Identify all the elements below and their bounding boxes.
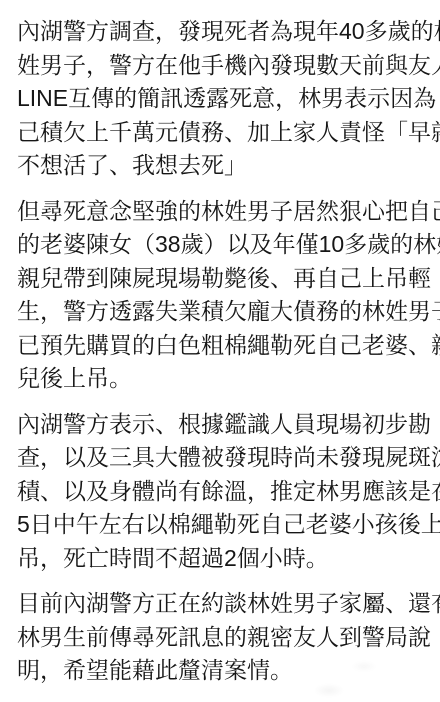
paragraph-ongoing-inquiry: 目前內湖警方正在約談林姓男子家屬、還有林男生前傳尋死訊息的親密友人到警局說明，希… — [17, 587, 426, 688]
article-body: 內湖警方調查，發現死者為現年40多歲的林姓男子，警方在他手機內發現數天前與友人L… — [0, 0, 440, 688]
text-line: 不想活了、我想去死」 — [17, 149, 426, 183]
text-line: 明，希望能藉此釐清案情。 — [17, 654, 426, 688]
text-line: 親兒帶到陳屍現場勒斃後、再自己上吊輕 — [17, 262, 426, 296]
text-line: 內湖警方調查，發現死者為現年40多歲的林 — [17, 15, 426, 49]
paragraph-incident-details: 但尋死意念堅強的林姓男子居然狠心把自己的老婆陳女（38歲）以及年僅10多歲的林姓… — [17, 195, 426, 396]
text-line: 積、以及身體尚有餘溫，推定林男應該是在 — [17, 475, 426, 509]
paragraph-forensic-assessment: 內湖警方表示、根據鑑識人員現場初步勘查，以及三具大體被發現時尚未發現屍斑沉積、以… — [17, 408, 426, 576]
text-line: 查，以及三具大體被發現時尚未發現屍斑沉 — [17, 441, 426, 475]
text-line: 的老婆陳女（38歲）以及年僅10多歲的林姓 — [17, 228, 426, 262]
text-line: LINE互傳的簡訊透露死意，林男表示因為自 — [17, 82, 426, 116]
text-line: 生，警方透露失業積欠龐大債務的林姓男子 — [17, 295, 426, 329]
text-line: 但尋死意念堅強的林姓男子居然狠心把自己 — [17, 195, 426, 229]
text-line: 內湖警方表示、根據鑑識人員現場初步勘 — [17, 408, 426, 442]
text-line: 林男生前傳尋死訊息的親密友人到警局說 — [17, 621, 426, 655]
text-line: 5日中午左右以棉繩勒死自己老婆小孩後上 — [17, 508, 426, 542]
text-line: 吊，死亡時間不超過2個小時。 — [17, 542, 426, 576]
text-line: 目前內湖警方正在約談林姓男子家屬、還有 — [17, 587, 426, 621]
text-line: 兒後上吊。 — [17, 362, 426, 396]
paragraph-investigation-findings: 內湖警方調查，發現死者為現年40多歲的林姓男子，警方在他手機內發現數天前與友人L… — [17, 15, 426, 183]
text-line: 己積欠上千萬元債務、加上家人責怪「早就 — [17, 116, 426, 150]
text-line: 已預先購買的白色粗棉繩勒死自己老婆、親 — [17, 329, 426, 363]
text-line: 姓男子，警方在他手機內發現數天前與友人 — [17, 49, 426, 83]
